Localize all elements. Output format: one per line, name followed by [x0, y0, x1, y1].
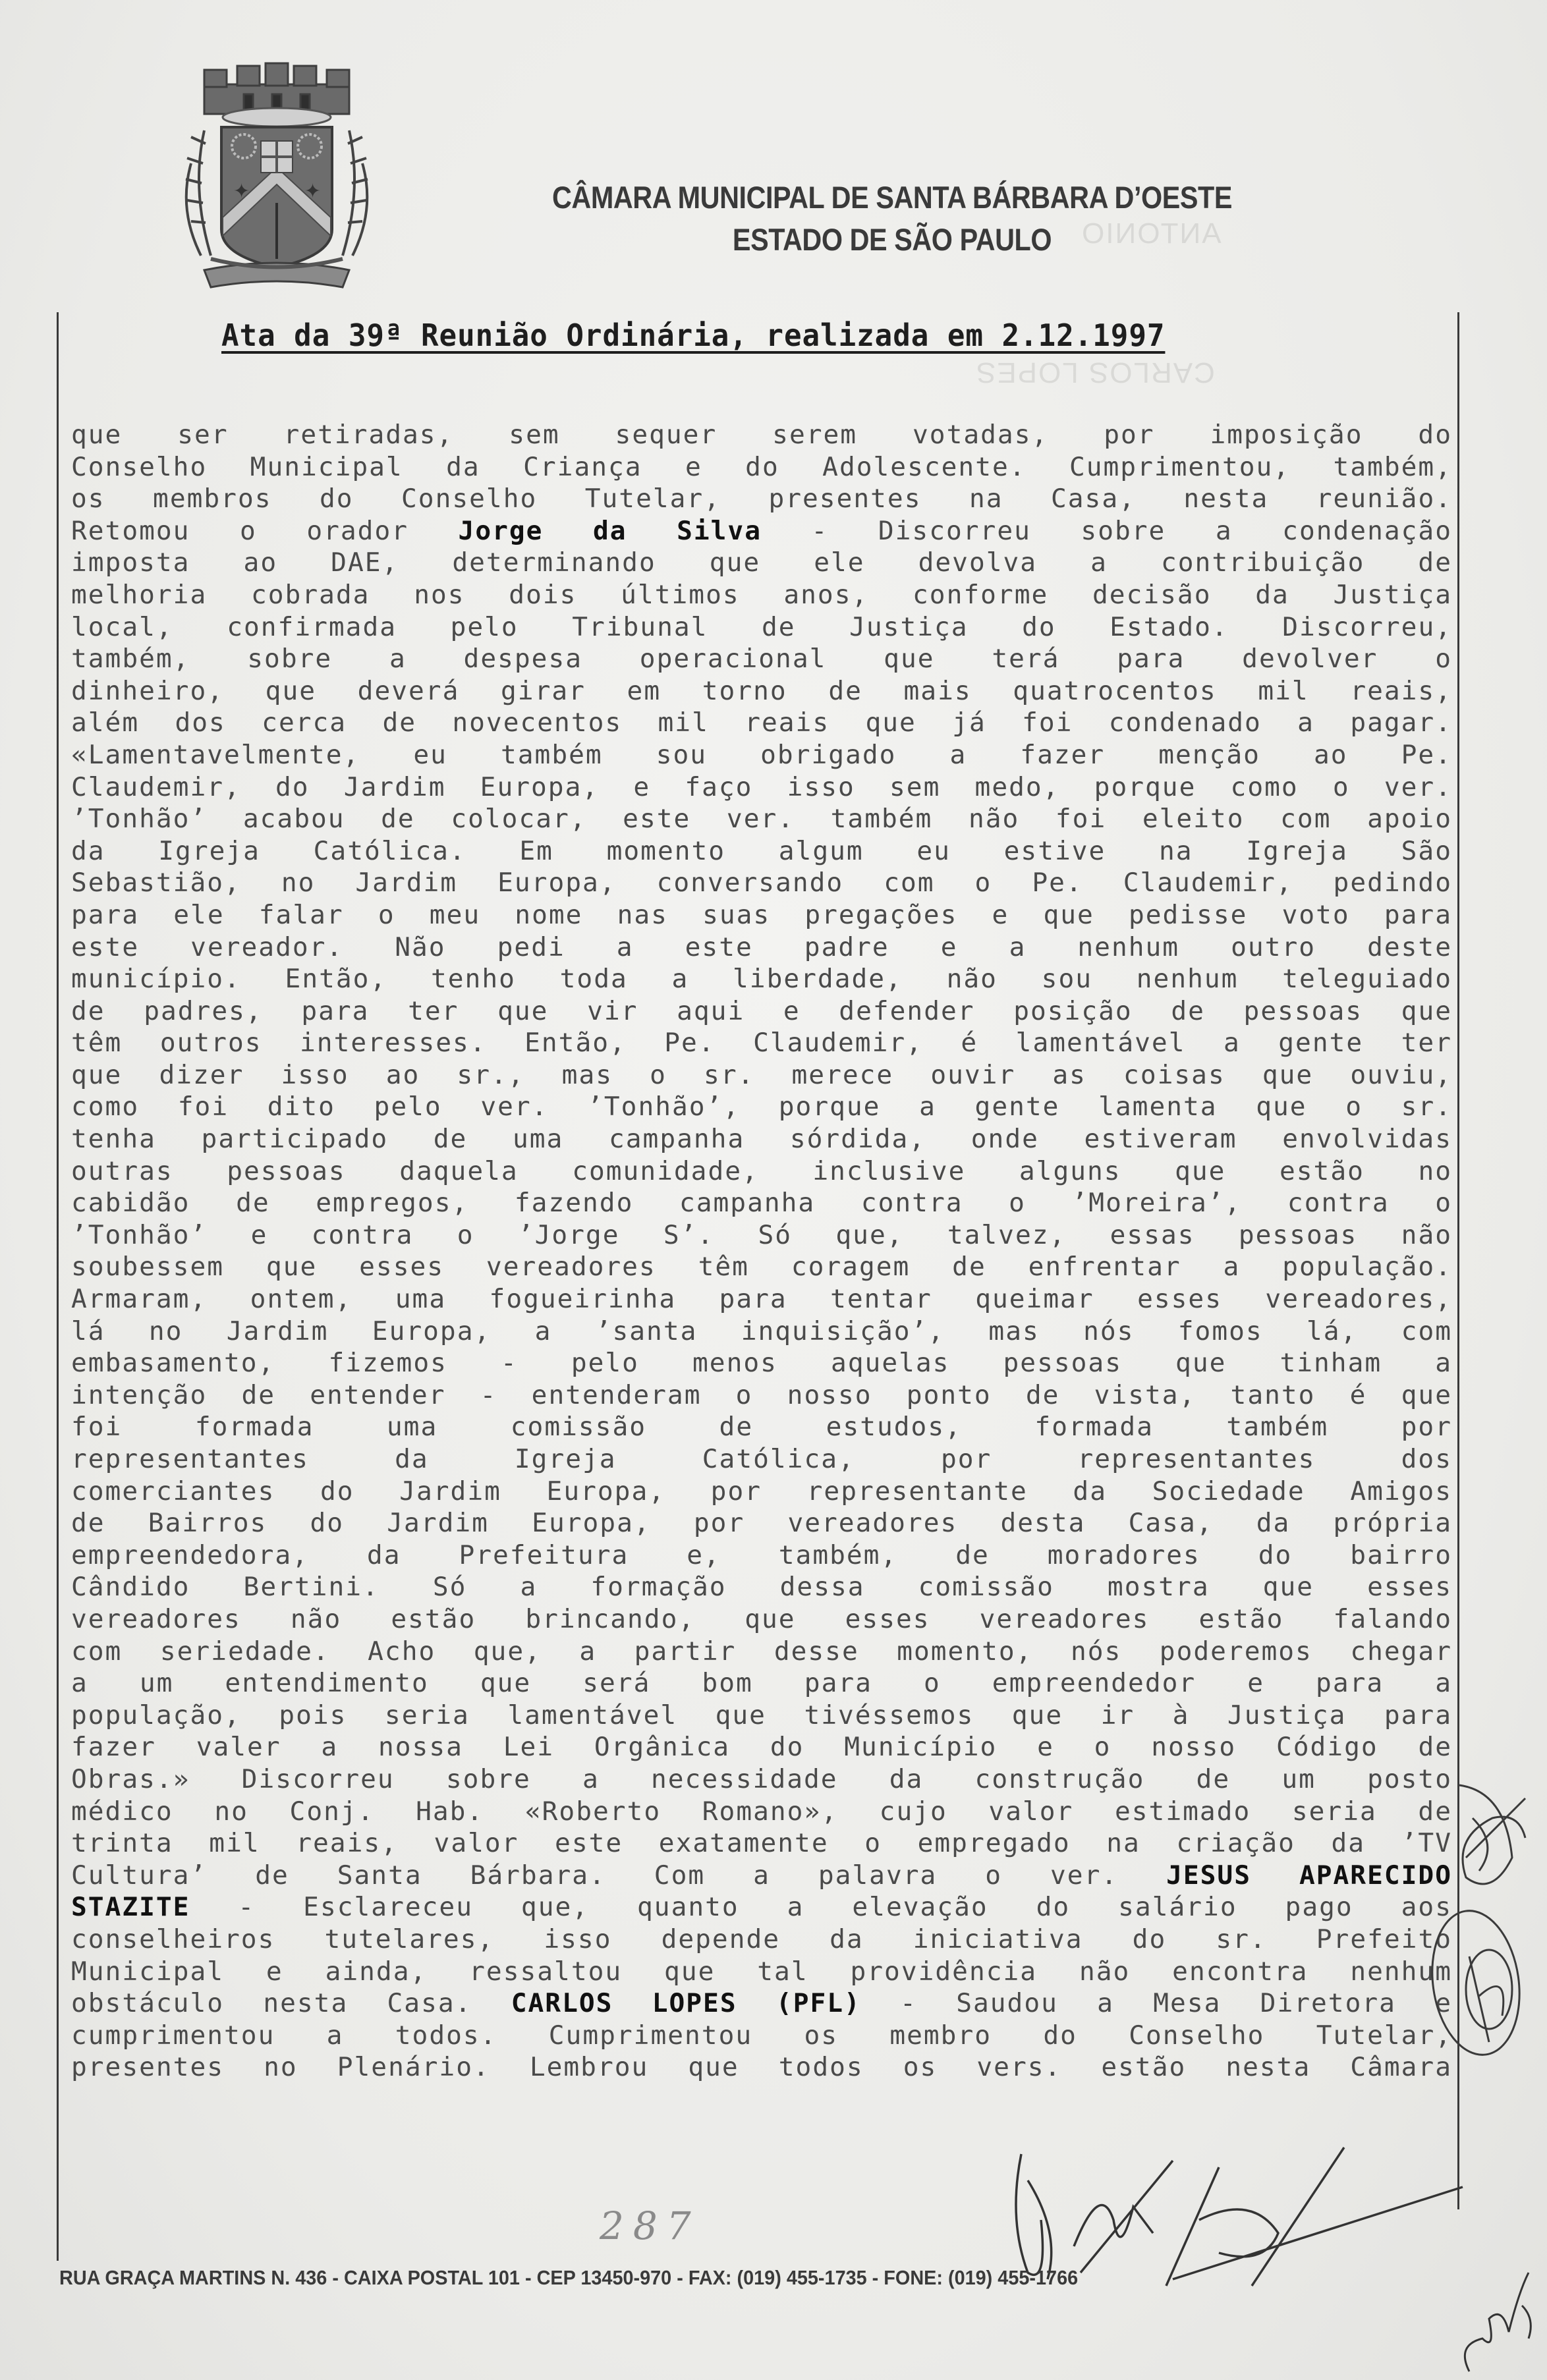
text-segment: local, confirmada pelo Tribunal de Justi… [71, 612, 1452, 642]
scanned-page: ANTONIO CARLOS LOPES ✦ ✦ [0, 0, 1547, 2380]
text-segment: como foi dito pelo ver. ’Tonhão’, porque… [71, 1092, 1452, 1122]
text-segment: Sebastião, no Jardim Europa, conversando… [71, 868, 1452, 898]
text-line: têm outros interesses. Então, Pe. Claude… [71, 1027, 1452, 1059]
text-line: STAZITE - Esclareceu que, quanto a eleva… [71, 1891, 1452, 1923]
text-segment: Conselho Municipal da Criança e do Adole… [71, 452, 1452, 482]
text-line: comerciantes do Jardim Europa, por repre… [71, 1476, 1452, 1508]
text-segment: da Igreja Católica. Em momento algum eu … [71, 836, 1452, 866]
text-segment: de padres, para ter que vir aqui e defen… [71, 996, 1452, 1026]
organization-state: ESTADO DE SÃO PAULO [211, 221, 1547, 258]
text-segment: ’Tonhão’ e contra o ’Jorge S’. Só que, t… [71, 1220, 1452, 1250]
text-segment: dinheiro, que deverá girar em torno de m… [71, 676, 1452, 706]
text-segment: representantes da Igreja Católica, por r… [71, 1444, 1452, 1474]
text-segment: este vereador. Não pedi a este padre e a… [71, 932, 1452, 962]
text-line: com seriedade. Acho que, a partir desse … [71, 1636, 1452, 1668]
text-line: Municipal e ainda, ressaltou que tal pro… [71, 1956, 1452, 1988]
text-line: empreendedora, da Prefeitura e, também, … [71, 1539, 1452, 1572]
text-line: trinta mil reais, valor este exatamente … [71, 1827, 1452, 1860]
text-segment: Obras.» Discorreu sobre a necessidade da… [71, 1764, 1452, 1794]
signature-corner [1456, 2266, 1542, 2378]
text-line: da Igreja Católica. Em momento algum eu … [71, 835, 1452, 868]
text-segment: município. Então, tenho toda a liberdade… [71, 964, 1452, 994]
text-segment: a um entendimento que será bom para o em… [71, 1668, 1452, 1698]
text-segment: cumprimentou a todos. Cumprimentou os me… [71, 2020, 1452, 2051]
text-segment: vereadores não estão brincando, que esse… [71, 1604, 1452, 1634]
text-line: local, confirmada pelo Tribunal de Justi… [71, 611, 1452, 644]
text-segment: «Lamentavelmente, eu também sou obrigado… [71, 740, 1452, 770]
text-line: foi formada uma comissão de estudos, for… [71, 1411, 1452, 1443]
text-segment: presentes no Plenário. Lembrou que todos… [71, 2052, 1452, 2082]
background-stamp: CARLOS LOPES [975, 356, 1215, 389]
text-segment: cabidão de empregos, fazendo campanha co… [71, 1188, 1452, 1218]
text-line: lá no Jardim Europa, a ’santa inquisição… [71, 1315, 1452, 1348]
text-segment: Armaram, ontem, uma fogueirinha para ten… [71, 1284, 1452, 1314]
text-segment: embasamento, fizemos - pelo menos aquela… [71, 1348, 1452, 1378]
text-segment: trinta mil reais, valor este exatamente … [71, 1828, 1452, 1858]
text-line: representantes da Igreja Católica, por r… [71, 1443, 1452, 1476]
text-segment: Retomou o orador [71, 516, 459, 546]
text-segment: tenha participado de uma campanha sórdid… [71, 1124, 1452, 1154]
text-segment: Municipal e ainda, ressaltou que tal pro… [71, 1956, 1452, 1987]
text-segment: têm outros interesses. Então, Pe. Claude… [71, 1028, 1452, 1058]
text-line: que ser retiradas, sem sequer serem vota… [71, 419, 1452, 451]
document-title: Ata da 39ª Reunião Ordinária, realizada … [221, 318, 1165, 353]
text-segment: soubessem que esses vereadores têm corag… [71, 1252, 1452, 1282]
text-line: melhoria cobrada nos dois últimos anos, … [71, 579, 1452, 611]
signature-initials-right-margin-1 [1453, 1779, 1538, 1910]
text-line: os membros do Conselho Tutelar, presente… [71, 483, 1452, 515]
text-line: cabidão de empregos, fazendo campanha co… [71, 1187, 1452, 1219]
text-segment: que dizer isso ao sr., mas o sr. merece … [71, 1060, 1452, 1090]
text-line: cumprimentou a todos. Cumprimentou os me… [71, 2020, 1452, 2052]
text-line: este vereador. Não pedi a este padre e a… [71, 931, 1452, 964]
text-segment: que ser retiradas, sem sequer serem vota… [71, 420, 1452, 450]
text-segment: ’Tonhão’ acabou de colocar, este ver. ta… [71, 804, 1452, 834]
text-segment: também, sobre a despesa operacional que … [71, 644, 1452, 674]
speaker-name: JESUS APARECIDO [1166, 1860, 1452, 1891]
text-line: Armaram, ontem, uma fogueirinha para ten… [71, 1283, 1452, 1315]
speaker-name: Jorge da Silva [459, 516, 762, 546]
text-line: Obras.» Discorreu sobre a necessidade da… [71, 1763, 1452, 1796]
frame-left-border [57, 312, 59, 2261]
text-segment: conselheiros tutelares, isso depende da … [71, 1924, 1452, 1954]
signature-initials-right-margin-2 [1423, 1904, 1542, 2062]
text-segment: - Saudou a Mesa Diretora e [861, 1988, 1452, 2018]
text-line: fazer valer a nossa Lei Orgânica do Muni… [71, 1731, 1452, 1763]
text-segment: Claudemir, do Jardim Europa, e faço isso… [71, 772, 1452, 802]
text-line: ’Tonhão’ e contra o ’Jorge S’. Só que, t… [71, 1219, 1452, 1252]
text-segment: obstáculo nesta Casa. [71, 1988, 511, 2018]
text-segment: - Discorreu sobre a condenação [762, 516, 1452, 546]
text-segment: fazer valer a nossa Lei Orgânica do Muni… [71, 1732, 1452, 1762]
text-line: tenha participado de uma campanha sórdid… [71, 1123, 1452, 1155]
address-footer: RUA GRAÇA MARTINS N. 436 - CAIXA POSTAL … [59, 2266, 1407, 2290]
text-segment: para ele falar o meu nome nas suas prega… [71, 900, 1452, 930]
text-line: Claudemir, do Jardim Europa, e faço isso… [71, 771, 1452, 804]
text-line: Cultura’ de Santa Bárbara. Com a palavra… [71, 1860, 1452, 1892]
text-line: «Lamentavelmente, eu também sou obrigado… [71, 739, 1452, 771]
text-line: de Bairros do Jardim Europa, por vereado… [71, 1507, 1452, 1539]
text-line: população, pois seria lamentável que tiv… [71, 1700, 1452, 1732]
text-segment: com seriedade. Acho que, a partir desse … [71, 1636, 1452, 1667]
text-line: dinheiro, que deverá girar em torno de m… [71, 675, 1452, 707]
text-line: para ele falar o meu nome nas suas prega… [71, 899, 1452, 931]
text-segment: lá no Jardim Europa, a ’santa inquisição… [71, 1316, 1452, 1346]
text-line: vereadores não estão brincando, que esse… [71, 1603, 1452, 1636]
text-segment: foi formada uma comissão de estudos, for… [71, 1412, 1452, 1442]
text-line: município. Então, tenho toda a liberdade… [71, 963, 1452, 995]
text-line: presentes no Plenário. Lembrou que todos… [71, 2051, 1452, 2084]
text-line: médico no Conj. Hab. «Roberto Romano», c… [71, 1796, 1452, 1828]
handwritten-page-number: 287 [600, 2203, 700, 2248]
organization-name: CÂMARA MUNICIPAL DE SANTA BÁRBARA D’OEST… [211, 179, 1547, 215]
text-segment: empreendedora, da Prefeitura e, também, … [71, 1540, 1452, 1570]
text-segment: outras pessoas daquela comunidade, inclu… [71, 1156, 1452, 1186]
text-line: que dizer isso ao sr., mas o sr. merece … [71, 1059, 1452, 1092]
text-segment: melhoria cobrada nos dois últimos anos, … [71, 580, 1452, 610]
text-line: Cândido Bertini. Só a formação dessa com… [71, 1571, 1452, 1603]
text-segment: de Bairros do Jardim Europa, por vereado… [71, 1508, 1452, 1538]
text-segment: médico no Conj. Hab. «Roberto Romano», c… [71, 1796, 1452, 1827]
text-segment: os membros do Conselho Tutelar, presente… [71, 484, 1452, 514]
text-line: obstáculo nesta Casa. CARLOS LOPES (PFL)… [71, 1987, 1452, 2020]
text-line: conselheiros tutelares, isso depende da … [71, 1923, 1452, 1956]
text-line: imposta ao DAE, determinando que ele dev… [71, 547, 1452, 579]
text-line: a um entendimento que será bom para o em… [71, 1667, 1452, 1700]
text-segment: Cultura’ de Santa Bárbara. Com a palavra… [71, 1860, 1166, 1891]
speaker-name: CARLOS LOPES (PFL) [511, 1988, 861, 2018]
text-segment: Cândido Bertini. Só a formação dessa com… [71, 1572, 1452, 1602]
text-line: Retomou o orador Jorge da Silva - Discor… [71, 515, 1452, 547]
text-line: soubessem que esses vereadores têm corag… [71, 1251, 1452, 1283]
text-segment: - Esclareceu que, quanto a elevação do s… [190, 1892, 1452, 1922]
text-segment: intenção de entender - entenderam o noss… [71, 1380, 1452, 1410]
text-segment: imposta ao DAE, determinando que ele dev… [71, 547, 1452, 578]
text-segment: população, pois seria lamentável que tiv… [71, 1700, 1452, 1730]
text-line: embasamento, fizemos - pelo menos aquela… [71, 1347, 1452, 1379]
text-line: ’Tonhão’ acabou de colocar, este ver. ta… [71, 803, 1452, 835]
text-segment: comerciantes do Jardim Europa, por repre… [71, 1476, 1452, 1507]
minutes-body-text: que ser retiradas, sem sequer serem vota… [71, 419, 1452, 2084]
text-line: de padres, para ter que vir aqui e defen… [71, 995, 1452, 1028]
text-line: outras pessoas daquela comunidade, inclu… [71, 1155, 1452, 1188]
text-line: também, sobre a despesa operacional que … [71, 643, 1452, 675]
text-line: intenção de entender - entenderam o noss… [71, 1379, 1452, 1412]
text-line: Conselho Municipal da Criança e do Adole… [71, 451, 1452, 484]
text-segment: além dos cerca de novecentos mil reais q… [71, 707, 1452, 738]
speaker-name: STAZITE [71, 1892, 190, 1922]
text-line: como foi dito pelo ver. ’Tonhão’, porque… [71, 1091, 1452, 1123]
text-line: Sebastião, no Jardim Europa, conversando… [71, 867, 1452, 899]
text-line: além dos cerca de novecentos mil reais q… [71, 707, 1452, 739]
